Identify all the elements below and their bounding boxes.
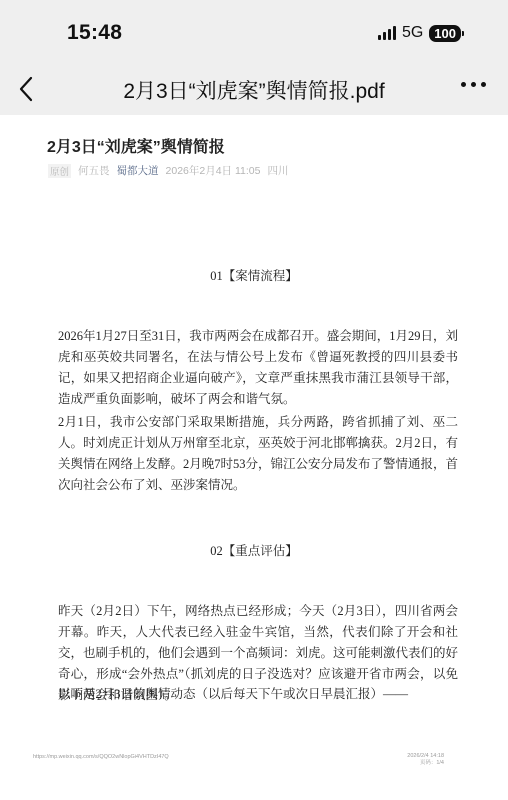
battery-level: 100 <box>429 25 461 42</box>
top-bar: 15:48 5G 100 2月3日“刘虎案”舆情简报.pdf <box>0 0 508 115</box>
location: 四川 <box>267 163 288 178</box>
page-number: 页码：1/4 <box>407 760 444 767</box>
original-badge: 原创 <box>48 164 71 178</box>
publish-datetime: 2026年2月4日 11:05 <box>166 163 261 178</box>
document-title: 2月3日“刘虎案”舆情简报.pdf <box>0 75 508 105</box>
source-url: https://mp.weixin.qq.com/s/QQO2wNlopGi4V… <box>33 754 169 760</box>
battery-icon: 100 <box>429 25 464 42</box>
pdf-page[interactable]: 2月3日“刘虎案”舆情简报 原创 何五畏 蜀都大道 2026年2月4日 11:0… <box>0 115 508 800</box>
article-title: 2月3日“刘虎案”舆情简报 <box>47 134 225 157</box>
more-button[interactable] <box>461 82 486 87</box>
section-heading: 02【重点评估】 <box>0 541 508 559</box>
account-name: 蜀都大道 <box>117 163 159 178</box>
section-heading: 01【案情流程】 <box>0 266 508 284</box>
paragraph: 以下是2月3日的舆情动态（以后每天下午或次日早晨汇报）—— <box>58 684 458 705</box>
print-time: 2026/2/4 14:18 <box>407 753 444 760</box>
author: 何五畏 <box>78 163 110 178</box>
cellular-signal-icon <box>378 26 396 40</box>
article-meta: 原创 何五畏 蜀都大道 2026年2月4日 11:05 四川 <box>48 163 288 178</box>
more-horizontal-icon <box>461 82 466 87</box>
status-time: 15:48 <box>67 21 122 45</box>
print-info: 2026/2/4 14:18 页码：1/4 <box>407 753 444 767</box>
paragraph: 2026年1月27日至31日，我市两两会在成都召开。盛会期间，1月29日，刘虎和… <box>58 326 458 410</box>
status-indicators: 5G 100 <box>378 24 464 42</box>
network-type: 5G <box>402 24 423 42</box>
paragraph: 2月1日，我市公安部门采取果断措施，兵分两路，跨省抓捕了刘、巫二人。时刘虎正计划… <box>58 412 458 496</box>
